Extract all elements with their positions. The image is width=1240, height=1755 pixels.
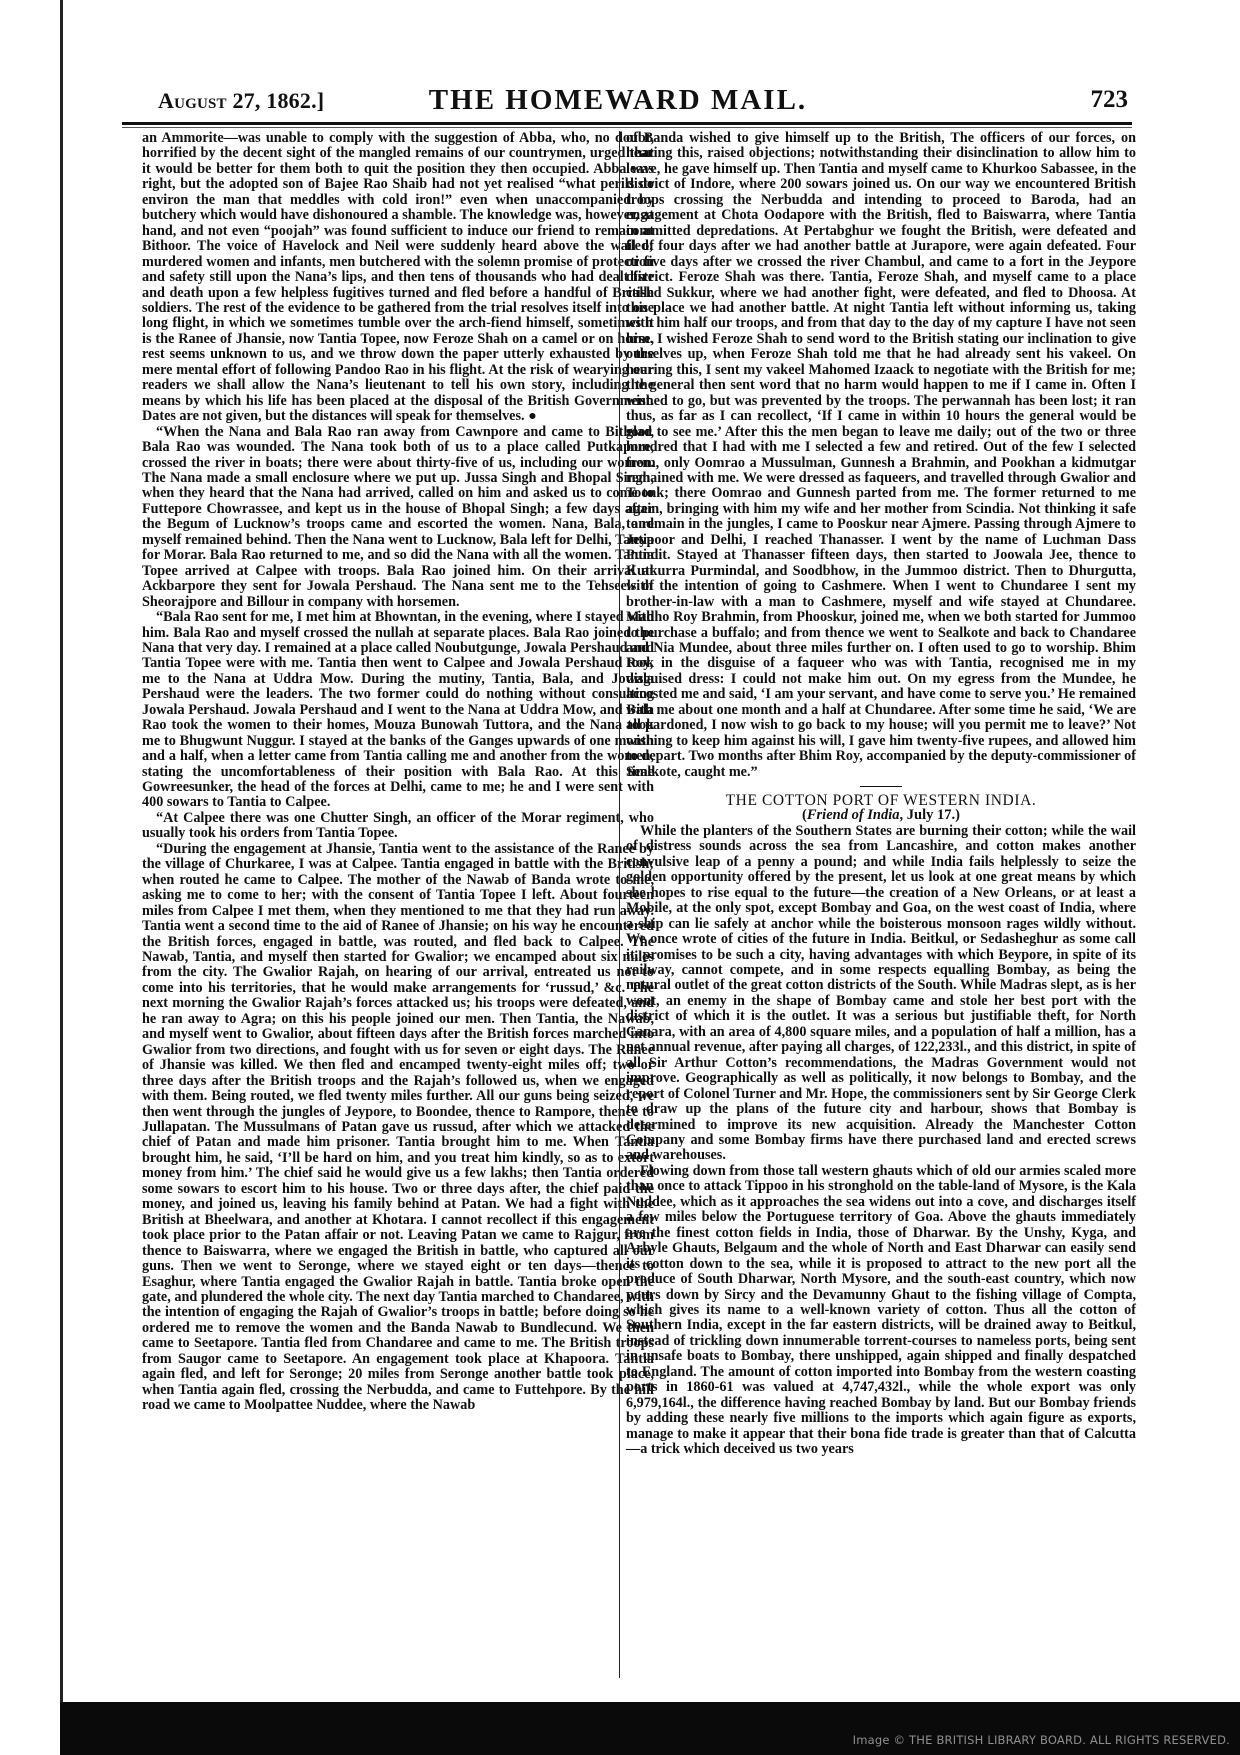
article-paragraph: Flowing down from those tall western gha… bbox=[626, 1164, 1136, 1458]
article-paragraph: of Banda wished to give himself up to th… bbox=[626, 131, 1136, 780]
article-paragraph: “At Calpee there was one Chutter Singh, … bbox=[142, 811, 654, 842]
source-publication: Friend of India bbox=[807, 807, 900, 823]
masthead-rule bbox=[122, 122, 1132, 125]
right-column: of Banda wished to give himself up to th… bbox=[626, 131, 1136, 1458]
article-paragraph: an Ammorite—was unable to comply with th… bbox=[142, 131, 654, 425]
masthead-rule-thin bbox=[122, 127, 1132, 128]
newspaper-title: THE HOMEWARD MAIL. bbox=[118, 84, 1118, 117]
left-column: an Ammorite—was unable to comply with th… bbox=[142, 131, 654, 1414]
section-heading: THE COTTON PORT OF WESTERN INDIA. bbox=[626, 793, 1136, 808]
page-edge-shadow bbox=[60, 0, 63, 1755]
article-paragraph: “During the engagement at Jhansie, Tanti… bbox=[142, 842, 654, 1414]
section-source: (Friend of India, July 17.) bbox=[626, 808, 1136, 823]
copyright-notice: Image © THE BRITISH LIBRARY BOARD. ALL R… bbox=[853, 1733, 1230, 1747]
page-number: 723 bbox=[1091, 86, 1129, 114]
article-paragraph: “Bala Rao sent for me, I met him at Bhow… bbox=[142, 610, 654, 811]
masthead: August 27, 1862.] THE HOMEWARD MAIL. 723 bbox=[118, 84, 1118, 120]
article-paragraph: While the planters of the Southern State… bbox=[626, 824, 1136, 1164]
source-date: , July 17. bbox=[900, 807, 956, 823]
article-paragraph: “When the Nana and Bala Rao ran away fro… bbox=[142, 425, 654, 610]
footer-bar: Image © THE BRITISH LIBRARY BOARD. ALL R… bbox=[60, 1702, 1240, 1755]
section-divider bbox=[860, 786, 902, 787]
column-divider bbox=[619, 131, 620, 1678]
